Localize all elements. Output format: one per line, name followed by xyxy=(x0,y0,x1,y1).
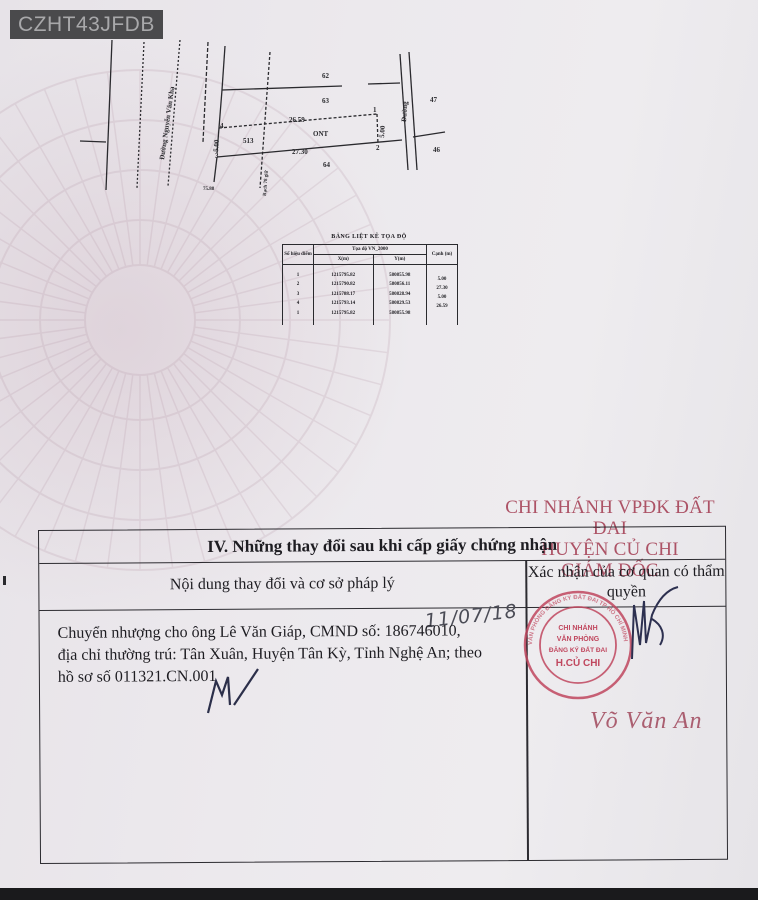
table-cell: 580828.94 xyxy=(374,290,427,299)
changes-title: IV. Những thay đổi sau khi cấp giấy chứn… xyxy=(39,527,725,564)
table-cell: 580856.11 xyxy=(374,280,427,289)
seal-line4: H.CỦ CHI xyxy=(556,656,601,669)
vertex-1: 1 xyxy=(373,106,377,114)
seal-line1: CHI NHÁNH xyxy=(558,623,597,632)
header-x: X(m) xyxy=(314,255,374,265)
misc-label: 75.88 xyxy=(203,187,215,192)
table-cell: 1215795.82 xyxy=(314,271,373,280)
parcel-64: 64 xyxy=(323,161,331,169)
table-cell: 26.59 xyxy=(427,302,457,311)
seal-line3: ĐĂNG KÝ ĐẤT ĐAI xyxy=(549,644,607,654)
edge-bottom-length: 27.30 xyxy=(292,148,308,156)
vertex-3: 3 xyxy=(215,152,219,160)
table-cell: 580855.98 xyxy=(374,271,427,280)
seal-line2: VĂN PHÒNG xyxy=(557,634,600,643)
header-point: Số hiệu điểm xyxy=(283,245,314,265)
land-type-label: ONT xyxy=(313,130,329,138)
canal-label: Rạch 78 giữ xyxy=(263,169,270,196)
vertex-2: 2 xyxy=(376,144,380,152)
parcel-47: 47 xyxy=(430,96,438,104)
edge-top-length: 26.59 xyxy=(289,116,305,124)
scanned-document-page: CZHT43JFDB Đường Nguyễn Văn Khạ Đường Rạ… xyxy=(0,0,758,900)
scan-border xyxy=(0,888,758,900)
watermark-code: CZHT43JFDB xyxy=(10,10,163,39)
change-entry: Chuyển nhượng cho ông Lê Văn Giáp, CMND … xyxy=(58,620,528,689)
y-column: 580855.98580856.11580828.94580829.535808… xyxy=(373,265,427,325)
change-entry-line: Chuyển nhượng cho ông Lê Văn Giáp, CMND … xyxy=(58,620,528,645)
parcel-46: 46 xyxy=(433,146,441,154)
director-signature xyxy=(600,585,690,665)
table-cell: 1215795.82 xyxy=(314,309,373,318)
table-cell: 1 xyxy=(283,309,313,318)
parcel-63: 63 xyxy=(322,97,330,105)
header-y: Y(m) xyxy=(373,255,427,265)
alley-label: Đường xyxy=(400,101,409,123)
change-entry-line: địa chỉ thường trú: Tân Xuân, Huyện Tân … xyxy=(58,642,528,667)
table-cell: 1215790.82 xyxy=(314,280,373,289)
table-cell: 5.00 xyxy=(427,275,457,284)
road-label: Đường Nguyễn Văn Khạ xyxy=(158,86,176,161)
table-cell: 4 xyxy=(283,299,313,308)
table-cell: 1 xyxy=(283,271,313,280)
table-cell: 5.00 xyxy=(427,293,457,302)
table-cell: 1215793.14 xyxy=(314,299,373,308)
change-entry-line: hồ sơ số 011321.CN.001 xyxy=(58,664,528,689)
header-system: Tọa độ VN_2000 xyxy=(314,245,427,255)
coordinate-table: Số hiệu điểm Tọa độ VN_2000 Cạnh (m) X(m… xyxy=(282,244,458,325)
content-column-header: Nội dung thay đổi và cơ sở pháp lý xyxy=(39,561,525,608)
signer-name: Võ Văn An xyxy=(590,708,703,735)
header-edge: Cạnh (m) xyxy=(427,245,458,265)
edge-left-length: 5.00 xyxy=(212,139,221,152)
margin-mark xyxy=(3,576,6,585)
handwritten-initial xyxy=(198,665,268,725)
vertex-4: 4 xyxy=(220,122,224,130)
parcel-sketch-map: Đường Nguyễn Văn Khạ Đường Rạch 78 giữ 6… xyxy=(70,40,460,200)
x-column: 1215795.821215790.821215788.171215793.14… xyxy=(314,265,374,325)
table-cell: 2 xyxy=(283,280,313,289)
table-cell: 580829.53 xyxy=(374,299,427,308)
point-column: 12341 xyxy=(283,265,314,325)
coordinate-table-title: BẢNG LIỆT KÊ TỌA ĐỘ xyxy=(282,234,456,240)
parcel-62: 62 xyxy=(322,72,330,80)
table-cell: 580855.98 xyxy=(374,309,427,318)
edge-right-length: 5.00 xyxy=(378,125,387,138)
table-cell: 3 xyxy=(283,290,313,299)
table-cell: 27.30 xyxy=(427,284,457,293)
edge-column: 5.0027.305.0026.59 xyxy=(427,265,458,325)
parcel-513: 513 xyxy=(243,137,254,145)
table-cell: 1215788.17 xyxy=(314,290,373,299)
